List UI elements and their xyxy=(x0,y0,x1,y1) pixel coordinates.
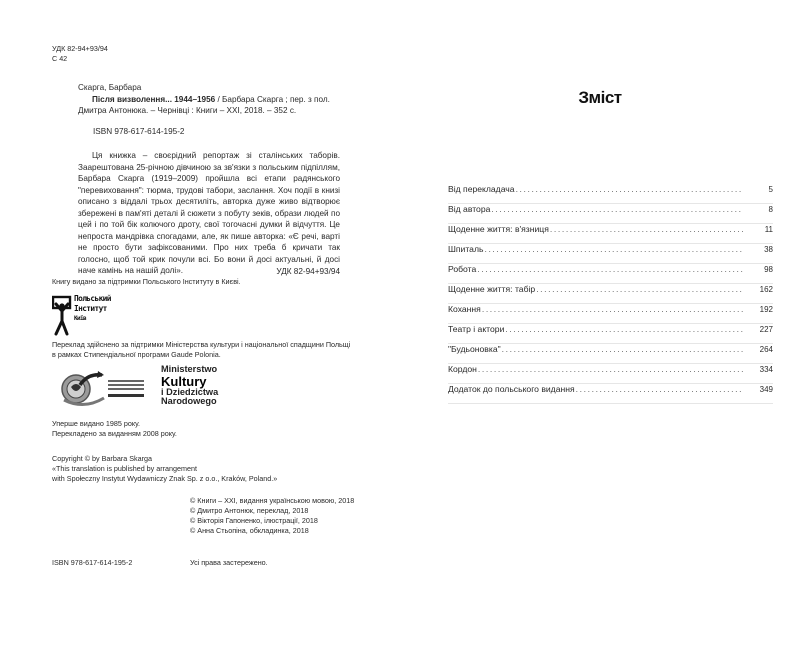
classification-code: С 42 xyxy=(52,54,108,64)
ukrainian-copyrights: © Книги – XXI, видання українською мовою… xyxy=(190,496,354,536)
toc-entry-title: Від автора xyxy=(448,204,490,214)
toc-entry[interactable]: Кохання192 xyxy=(448,304,773,324)
toc-entry-title: "Будьоновка" xyxy=(448,344,501,354)
toc-title: Зміст xyxy=(540,88,660,108)
toc-entry-page: 5 xyxy=(747,185,773,194)
toc-entry-title: Кордон xyxy=(448,364,477,374)
catalog-author: Скарга, Барбара xyxy=(78,82,340,94)
catalog-title-line: Після визволення... 1944–1956 / Барбара … xyxy=(78,94,340,106)
toc-entry[interactable]: Від перекладача5 xyxy=(448,184,773,204)
toc-entry-title: Щоденне життя: в'язниця xyxy=(448,224,549,234)
toc-entry-title: Кохання xyxy=(448,304,481,314)
toc-entry[interactable]: Щоденне життя: в'язниця11 xyxy=(448,224,773,244)
toc-entry-page: 162 xyxy=(747,285,773,294)
toc-entry-page: 192 xyxy=(747,305,773,314)
toc-leader-dots xyxy=(516,184,743,194)
toc-entry-page: 349 xyxy=(747,385,773,394)
toc-entry-page: 11 xyxy=(747,225,773,234)
toc-leader-dots xyxy=(484,244,743,254)
catalog-imprint: Дмитра Антонюка. – Чернівці : Книги – XX… xyxy=(78,105,340,117)
abstract: Ця книжка – своєрідний репортаж зі сталі… xyxy=(78,150,340,277)
toc-entry[interactable]: Робота98 xyxy=(448,264,773,284)
toc-entry-title: Театр і актори xyxy=(448,324,504,334)
person-carrying-frame-icon xyxy=(52,294,74,336)
toc-entry[interactable]: Додаток до польського видання349 xyxy=(448,384,773,404)
catalog-responsibility: / Барбара Скарга ; пер. з пол. xyxy=(215,95,330,104)
ministry-of-culture-logo: Ministerstwo Kultury i Dziedzictwa Narod… xyxy=(161,365,218,407)
catalog-record: Скарга, Барбара Після визволення... 1944… xyxy=(78,82,340,117)
udk-code: УДК 82-94+93/94 xyxy=(52,44,108,54)
abstract-text: Ця книжка – своєрідний репортаж зі сталі… xyxy=(78,150,340,277)
catalog-title: Після визволення... 1944–1956 xyxy=(92,95,215,104)
original-copyright: Copyright © by Barbara Skarga «This tran… xyxy=(52,454,277,484)
toc-entry[interactable]: Від автора8 xyxy=(448,204,773,224)
udk-right: УДК 82-94+93/94 xyxy=(270,266,340,278)
toc-entry[interactable]: Театр і актори227 xyxy=(448,324,773,344)
toc-entry-page: 8 xyxy=(747,205,773,214)
toc-leader-dots xyxy=(491,204,743,214)
table-of-contents: Від перекладача5Від автора8Щоденне життя… xyxy=(448,184,773,404)
gaude-polonia-logo xyxy=(58,368,148,408)
isbn-bottom: ISBN 978-617-614-195-2 xyxy=(52,558,132,568)
udk-header: УДК 82-94+93/94 С 42 xyxy=(52,44,108,64)
rights-reserved: Усі права застережено. xyxy=(190,558,268,568)
edition-info: Уперше видано 1985 року. Перекладено за … xyxy=(52,419,177,439)
toc-entry-title: Щоденне життя: табір xyxy=(448,284,535,294)
toc-entry[interactable]: "Будьоновка"264 xyxy=(448,344,773,364)
polish-institute-note: Книгу видано за підтримки Польського Інс… xyxy=(52,277,241,287)
toc-leader-dots xyxy=(477,264,743,274)
toc-entry-page: 264 xyxy=(747,345,773,354)
toc-leader-dots xyxy=(502,344,743,354)
toc-leader-dots xyxy=(482,304,743,314)
toc-leader-dots xyxy=(536,284,743,294)
gaude-polonia-emblem-icon xyxy=(58,368,148,408)
toc-entry-title: Робота xyxy=(448,264,476,274)
toc-entry-title: Від перекладача xyxy=(448,184,515,194)
toc-entry-page: 38 xyxy=(747,245,773,254)
toc-leader-dots xyxy=(478,364,743,374)
toc-entry[interactable]: Шпиталь38 xyxy=(448,244,773,264)
toc-entry-page: 227 xyxy=(747,325,773,334)
isbn-top: ISBN 978-617-614-195-2 xyxy=(93,126,185,138)
toc-entry[interactable]: Кордон334 xyxy=(448,364,773,384)
polish-institute-logo: Польський Інститут Київ xyxy=(52,294,122,336)
translation-note: Переклад здійснено за підтримки Міністер… xyxy=(52,340,352,360)
toc-entry-title: Додаток до польського видання xyxy=(448,384,575,394)
toc-leader-dots xyxy=(550,224,743,234)
toc-entry-page: 334 xyxy=(747,365,773,374)
toc-entry[interactable]: Щоденне життя: табір162 xyxy=(448,284,773,304)
toc-leader-dots xyxy=(576,384,743,394)
polish-institute-logo-text: Польський Інститут Київ xyxy=(74,294,111,324)
toc-entry-page: 98 xyxy=(747,265,773,274)
toc-entry-title: Шпиталь xyxy=(448,244,483,254)
toc-leader-dots xyxy=(505,324,743,334)
